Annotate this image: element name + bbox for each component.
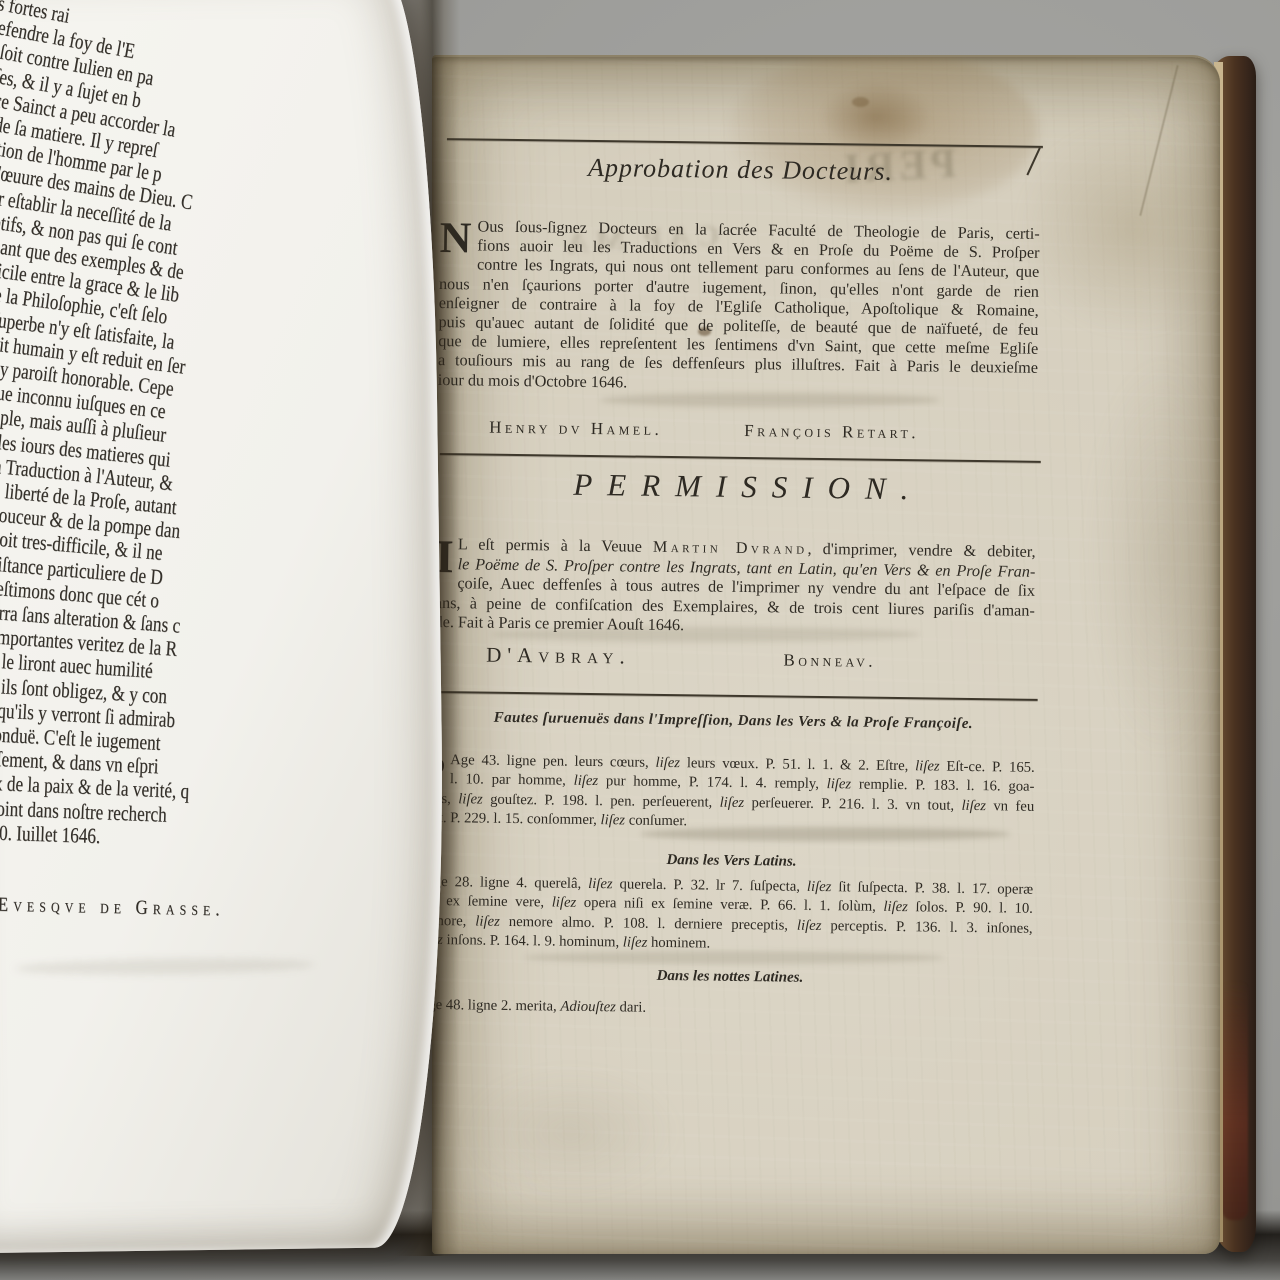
left-page: uguſtin, & contient les plus fortes raie… xyxy=(0,0,449,1253)
leather-cover-red-tint xyxy=(1222,980,1248,1220)
stain xyxy=(460,1067,680,1197)
book-photo: PERI CAP MA Approbation des Docteurs. N … xyxy=(0,0,1280,1280)
printer-name: Martin Dvrand xyxy=(653,538,808,558)
ink-spot xyxy=(852,97,869,107)
errata-french-lines: Age 43. ligne pen. leurs cœurs, liſez le… xyxy=(432,751,1035,837)
errata-latin-lines: Page 28. ligne 4. querelâ, liſez querela… xyxy=(432,873,1033,959)
signature-daubray: D'Avbray. xyxy=(486,643,631,670)
approbation-lines: Ous ſous-ſignez Docteurs en la ſacrée Fa… xyxy=(438,217,1040,398)
errata-french-paragraph: P Age 43. ligne pen. leurs cœurs, liſez … xyxy=(432,751,1035,837)
permission-lines: L eſt permis à la Veuue Martin Dvrand, d… xyxy=(434,535,1035,640)
approbation-paragraph: N Ous ſous-ſignez Docteurs en la ſacrée … xyxy=(438,217,1040,398)
signature-francois-retart: François Retart. xyxy=(744,421,919,443)
signature-evesque-de-grasse: e Evesqve de Grasse. xyxy=(0,893,225,921)
right-page: PERI CAP MA Approbation des Docteurs. N … xyxy=(432,55,1220,1254)
errata-latin-paragraph: Page 28. ligne 4. querelâ, liſez querela… xyxy=(432,873,1033,959)
left-page-text: uguſtin, & contient les plus fortes raie… xyxy=(0,0,449,958)
signature-henry-du-hamel: Henry dv Hamel. xyxy=(489,418,662,440)
permission-paragraph: I L eſt permis à la Veuue Martin Dvrand,… xyxy=(434,535,1035,640)
line-segment: L eſt permis à la Veuue xyxy=(458,535,653,556)
signature-bonneau: Bonneav. xyxy=(783,651,876,672)
line-segment: , d'imprimer, vendre & debiter, xyxy=(807,540,1035,561)
show-through-smudge xyxy=(15,957,315,977)
